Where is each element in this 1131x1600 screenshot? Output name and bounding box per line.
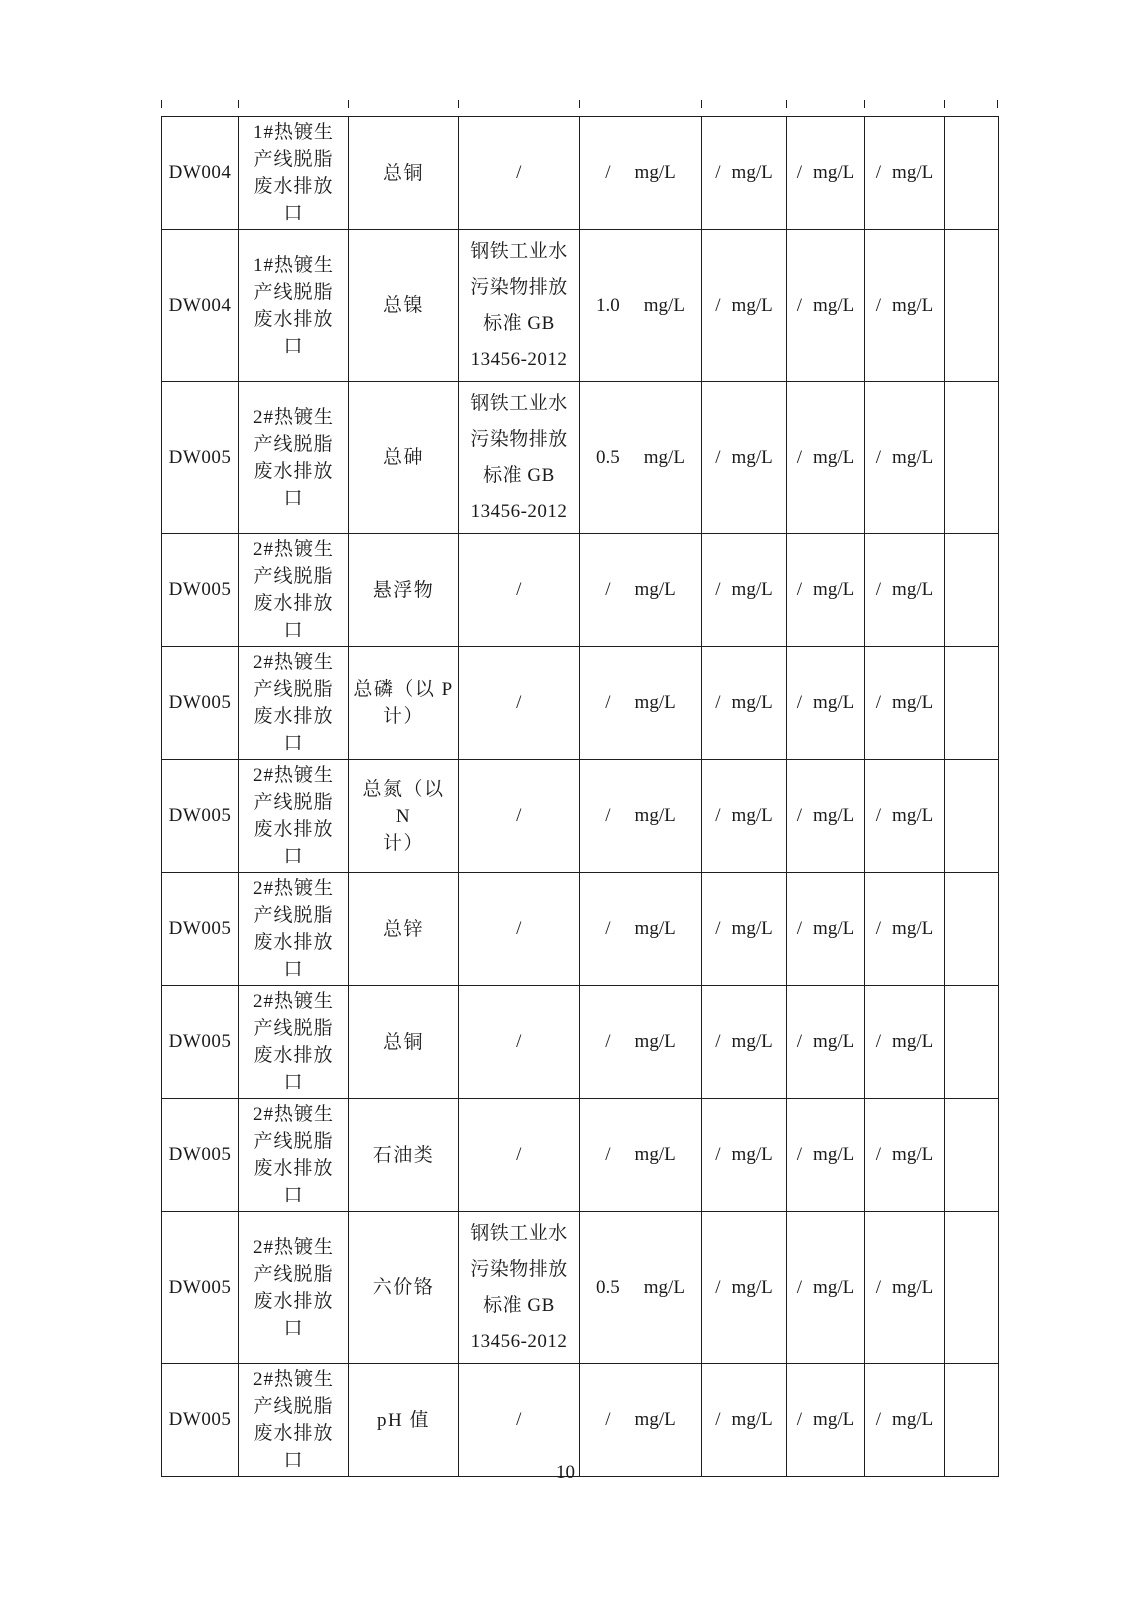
value-unit-pair: / mg/L [706,579,782,601]
cell-monitor-3: / mg/L [865,760,945,873]
cell-monitor-3: / mg/L [865,647,945,760]
cell-monitor-2: / mg/L [787,117,865,230]
monitor-3-value: / [876,579,881,601]
limit-value: 0.5 [596,1277,620,1299]
monitor-3-value: / [876,162,881,184]
monitor-1-unit: mg/L [732,1031,773,1053]
value-unit-pair: / mg/L [869,447,940,469]
cell-outlet-name: 2#热镀生 产线脱脂 废水排放 口 [239,534,349,647]
monitor-1-value: / [715,579,720,601]
value-unit-pair: / mg/L [706,447,782,469]
cell-monitor-3: / mg/L [865,534,945,647]
value-unit-pair: / mg/L [869,1277,940,1299]
tick-cell [161,100,238,108]
cell-standard-basis: / [459,873,580,986]
value-unit-pair: / mg/L [584,692,697,714]
cell-standard-basis: 钢铁工业水 污染物排放 标准 GB 13456-2012 [459,230,580,382]
cell-limit-concentration: / mg/L [580,534,702,647]
cell-outlet-name: 2#热镀生 产线脱脂 废水排放 口 [239,760,349,873]
monitor-2-unit: mg/L [813,1409,854,1431]
document-page: DW004 1#热镀生 产线脱脂 废水排放 口 总铜 / / mg/L / mg… [0,0,1131,1600]
value-unit-pair: / mg/L [706,1409,782,1431]
monitor-1-unit: mg/L [732,692,773,714]
monitor-1-value: / [715,447,720,469]
monitor-1-value: / [715,918,720,940]
value-unit-pair: / mg/L [584,1144,697,1166]
limit-unit: mg/L [635,579,676,601]
limit-value: / [605,918,610,940]
cell-limit-concentration: / mg/L [580,117,702,230]
monitor-3-unit: mg/L [892,447,933,469]
monitor-2-value: / [797,1409,802,1431]
monitor-1-unit: mg/L [732,447,773,469]
monitor-3-unit: mg/L [892,579,933,601]
monitor-1-unit: mg/L [732,1144,773,1166]
monitor-2-unit: mg/L [813,295,854,317]
value-unit-pair: 0.5 mg/L [584,447,697,469]
cell-limit-concentration: 0.5 mg/L [580,1212,702,1364]
limit-unit: mg/L [635,918,676,940]
cell-pollutant: pH 值 [349,1364,459,1477]
monitor-2-value: / [797,918,802,940]
value-unit-pair: / mg/L [869,1409,940,1431]
cell-pollutant: 总磷（以 P 计） [349,647,459,760]
monitor-3-value: / [876,1409,881,1431]
cell-monitor-1: / mg/L [702,382,787,534]
cell-outlet-code: DW005 [162,1212,239,1364]
limit-unit: mg/L [635,692,676,714]
table-row: DW005 2#热镀生 产线脱脂 废水排放 口 石油类 / / mg/L / m… [162,1099,999,1212]
cell-monitor-2: / mg/L [787,534,865,647]
value-unit-pair: / mg/L [706,295,782,317]
limit-unit: mg/L [635,1031,676,1053]
limit-value: 1.0 [596,295,620,317]
cell-outlet-name: 2#热镀生 产线脱脂 废水排放 口 [239,986,349,1099]
cell-pollutant: 悬浮物 [349,534,459,647]
monitor-3-unit: mg/L [892,692,933,714]
cell-note-empty [945,647,999,760]
cell-monitor-2: / mg/L [787,1099,865,1212]
value-unit-pair: / mg/L [706,1031,782,1053]
monitor-3-unit: mg/L [892,1277,933,1299]
cell-outlet-code: DW004 [162,230,239,382]
cell-monitor-3: / mg/L [865,382,945,534]
cell-standard-basis: / [459,1099,580,1212]
monitor-2-unit: mg/L [813,1144,854,1166]
cell-monitor-3: / mg/L [865,117,945,230]
cell-monitor-1: / mg/L [702,1212,787,1364]
monitor-1-unit: mg/L [732,1409,773,1431]
cell-limit-concentration: / mg/L [580,760,702,873]
cell-outlet-name: 2#热镀生 产线脱脂 废水排放 口 [239,647,349,760]
table-row: DW004 1#热镀生 产线脱脂 废水排放 口 总镍 钢铁工业水 污染物排放 标… [162,230,999,382]
table-row: DW005 2#热镀生 产线脱脂 废水排放 口 六价铬 钢铁工业水 污染物排放 … [162,1212,999,1364]
value-unit-pair: / mg/L [584,918,697,940]
tick-cell [579,100,701,108]
limit-value: 0.5 [596,447,620,469]
value-unit-pair: / mg/L [791,1277,860,1299]
tick-cell [786,100,864,108]
limit-value: / [605,1409,610,1431]
cell-monitor-3: / mg/L [865,1212,945,1364]
monitor-3-unit: mg/L [892,918,933,940]
monitor-1-unit: mg/L [732,1277,773,1299]
value-unit-pair: / mg/L [869,918,940,940]
monitor-2-value: / [797,1144,802,1166]
value-unit-pair: / mg/L [706,1144,782,1166]
continuation-tick-strip [161,100,998,108]
value-unit-pair: / mg/L [706,1277,782,1299]
discharge-permit-table: DW004 1#热镀生 产线脱脂 废水排放 口 总铜 / / mg/L / mg… [161,116,999,1477]
value-unit-pair: / mg/L [791,918,860,940]
limit-unit: mg/L [635,1144,676,1166]
monitor-3-value: / [876,1277,881,1299]
value-unit-pair: / mg/L [791,1031,860,1053]
monitor-2-value: / [797,162,802,184]
cell-pollutant: 六价铬 [349,1212,459,1364]
cell-note-empty [945,1364,999,1477]
cell-monitor-3: / mg/L [865,1099,945,1212]
cell-note-empty [945,873,999,986]
value-unit-pair: / mg/L [584,1031,697,1053]
cell-pollutant: 总氮（以 N 计） [349,760,459,873]
monitor-3-value: / [876,1031,881,1053]
monitor-3-unit: mg/L [892,162,933,184]
cell-note-empty [945,230,999,382]
limit-value: / [605,1144,610,1166]
cell-note-empty [945,1099,999,1212]
table-row: DW005 2#热镀生 产线脱脂 废水排放 口 pH 值 / / mg/L / … [162,1364,999,1477]
table-row: DW005 2#热镀生 产线脱脂 废水排放 口 总铜 / / mg/L / mg… [162,986,999,1099]
cell-outlet-code: DW005 [162,873,239,986]
cell-standard-basis: / [459,534,580,647]
cell-monitor-3: / mg/L [865,986,945,1099]
monitor-2-unit: mg/L [813,1277,854,1299]
monitor-3-unit: mg/L [892,1409,933,1431]
value-unit-pair: / mg/L [584,162,697,184]
monitor-3-value: / [876,918,881,940]
cell-outlet-code: DW005 [162,760,239,873]
cell-outlet-name: 2#热镀生 产线脱脂 废水排放 口 [239,1099,349,1212]
cell-monitor-1: / mg/L [702,873,787,986]
monitor-2-value: / [797,1277,802,1299]
cell-pollutant: 总砷 [349,382,459,534]
monitor-1-value: / [715,1277,720,1299]
monitor-1-unit: mg/L [732,579,773,601]
tick-cell [944,100,998,108]
value-unit-pair: / mg/L [869,295,940,317]
monitor-1-value: / [715,295,720,317]
value-unit-pair: / mg/L [869,692,940,714]
cell-monitor-2: / mg/L [787,986,865,1099]
cell-limit-concentration: 1.0 mg/L [580,230,702,382]
monitor-1-value: / [715,805,720,827]
cell-outlet-code: DW005 [162,534,239,647]
monitor-2-unit: mg/L [813,162,854,184]
cell-outlet-name: 2#热镀生 产线脱脂 废水排放 口 [239,382,349,534]
value-unit-pair: / mg/L [791,162,860,184]
monitor-3-value: / [876,1144,881,1166]
limit-unit: mg/L [644,1277,685,1299]
value-unit-pair: / mg/L [791,692,860,714]
cell-pollutant: 总镍 [349,230,459,382]
cell-monitor-3: / mg/L [865,1364,945,1477]
cell-standard-basis: / [459,117,580,230]
monitor-2-unit: mg/L [813,692,854,714]
cell-outlet-name: 2#热镀生 产线脱脂 废水排放 口 [239,1212,349,1364]
monitor-3-unit: mg/L [892,295,933,317]
tick-cell [701,100,786,108]
limit-value: / [605,692,610,714]
cell-pollutant: 石油类 [349,1099,459,1212]
limit-value: / [605,1031,610,1053]
value-unit-pair: / mg/L [584,579,697,601]
cell-outlet-code: DW005 [162,1364,239,1477]
monitor-2-unit: mg/L [813,579,854,601]
monitor-2-value: / [797,447,802,469]
limit-unit: mg/L [644,295,685,317]
monitor-2-unit: mg/L [813,918,854,940]
monitor-1-value: / [715,1409,720,1431]
cell-monitor-2: / mg/L [787,647,865,760]
cell-standard-basis: / [459,647,580,760]
table-row: DW005 2#热镀生 产线脱脂 废水排放 口 总锌 / / mg/L / mg… [162,873,999,986]
cell-monitor-1: / mg/L [702,534,787,647]
monitor-3-unit: mg/L [892,1031,933,1053]
limit-unit: mg/L [635,805,676,827]
value-unit-pair: / mg/L [584,1409,697,1431]
cell-monitor-3: / mg/L [865,873,945,986]
monitor-1-unit: mg/L [732,295,773,317]
value-unit-pair: / mg/L [706,692,782,714]
cell-limit-concentration: 0.5 mg/L [580,382,702,534]
value-unit-pair: / mg/L [791,579,860,601]
cell-standard-basis: 钢铁工业水 污染物排放 标准 GB 13456-2012 [459,382,580,534]
cell-outlet-code: DW005 [162,986,239,1099]
cell-standard-basis: / [459,986,580,1099]
cell-monitor-1: / mg/L [702,1364,787,1477]
table-row: DW004 1#热镀生 产线脱脂 废水排放 口 总铜 / / mg/L / mg… [162,117,999,230]
limit-unit: mg/L [635,1409,676,1431]
cell-monitor-2: / mg/L [787,760,865,873]
table-row: DW005 2#热镀生 产线脱脂 废水排放 口 悬浮物 / / mg/L / m… [162,534,999,647]
cell-note-empty [945,1212,999,1364]
cell-limit-concentration: / mg/L [580,1099,702,1212]
monitor-3-value: / [876,692,881,714]
value-unit-pair: / mg/L [869,579,940,601]
limit-unit: mg/L [635,162,676,184]
value-unit-pair: / mg/L [584,805,697,827]
limit-value: / [605,162,610,184]
cell-pollutant: 总铜 [349,986,459,1099]
cell-outlet-code: DW005 [162,1099,239,1212]
monitor-3-value: / [876,295,881,317]
cell-monitor-1: / mg/L [702,230,787,382]
cell-limit-concentration: / mg/L [580,647,702,760]
cell-monitor-1: / mg/L [702,117,787,230]
cell-limit-concentration: / mg/L [580,1364,702,1477]
monitor-1-unit: mg/L [732,918,773,940]
permit-table-body: DW004 1#热镀生 产线脱脂 废水排放 口 总铜 / / mg/L / mg… [162,117,999,1477]
cell-monitor-1: / mg/L [702,1099,787,1212]
value-unit-pair: / mg/L [869,1031,940,1053]
cell-limit-concentration: / mg/L [580,873,702,986]
tick-cell [348,100,458,108]
monitor-2-value: / [797,1031,802,1053]
cell-note-empty [945,760,999,873]
value-unit-pair: / mg/L [706,918,782,940]
cell-monitor-2: / mg/L [787,382,865,534]
cell-outlet-name: 2#热镀生 产线脱脂 废水排放 口 [239,1364,349,1477]
cell-limit-concentration: / mg/L [580,986,702,1099]
value-unit-pair: / mg/L [791,1144,860,1166]
monitor-1-unit: mg/L [732,805,773,827]
cell-note-empty [945,986,999,1099]
cell-outlet-code: DW005 [162,382,239,534]
cell-outlet-name: 1#热镀生 产线脱脂 废水排放 口 [239,117,349,230]
cell-monitor-2: / mg/L [787,1364,865,1477]
cell-monitor-3: / mg/L [865,230,945,382]
monitor-2-unit: mg/L [813,447,854,469]
cell-outlet-code: DW005 [162,647,239,760]
monitor-3-unit: mg/L [892,805,933,827]
limit-value: / [605,805,610,827]
monitor-2-value: / [797,692,802,714]
cell-monitor-2: / mg/L [787,230,865,382]
limit-value: / [605,579,610,601]
cell-pollutant: 总铜 [349,117,459,230]
cell-monitor-1: / mg/L [702,760,787,873]
cell-note-empty [945,382,999,534]
value-unit-pair: / mg/L [791,447,860,469]
tick-cell [864,100,944,108]
monitor-2-value: / [797,805,802,827]
cell-monitor-1: / mg/L [702,647,787,760]
monitor-1-value: / [715,692,720,714]
value-unit-pair: / mg/L [791,805,860,827]
value-unit-pair: / mg/L [869,1144,940,1166]
cell-monitor-1: / mg/L [702,986,787,1099]
value-unit-pair: / mg/L [706,805,782,827]
monitor-3-value: / [876,805,881,827]
cell-monitor-2: / mg/L [787,873,865,986]
value-unit-pair: / mg/L [869,162,940,184]
tick-cell [458,100,579,108]
monitor-2-unit: mg/L [813,1031,854,1053]
monitor-2-unit: mg/L [813,805,854,827]
cell-standard-basis: / [459,760,580,873]
monitor-1-value: / [715,1144,720,1166]
cell-outlet-code: DW004 [162,117,239,230]
monitor-2-value: / [797,579,802,601]
cell-standard-basis: 钢铁工业水 污染物排放 标准 GB 13456-2012 [459,1212,580,1364]
cell-pollutant: 总锌 [349,873,459,986]
value-unit-pair: / mg/L [791,1409,860,1431]
cell-note-empty [945,534,999,647]
limit-unit: mg/L [644,447,685,469]
monitor-3-value: / [876,447,881,469]
table-row: DW005 2#热镀生 产线脱脂 废水排放 口 总氮（以 N 计） / / mg… [162,760,999,873]
page-number: 10 [0,1462,1131,1484]
cell-monitor-2: / mg/L [787,1212,865,1364]
table-row: DW005 2#热镀生 产线脱脂 废水排放 口 总磷（以 P 计） / / mg… [162,647,999,760]
monitor-3-unit: mg/L [892,1144,933,1166]
cell-outlet-name: 1#热镀生 产线脱脂 废水排放 口 [239,230,349,382]
monitor-1-value: / [715,162,720,184]
value-unit-pair: 0.5 mg/L [584,1277,697,1299]
monitor-1-value: / [715,1031,720,1053]
value-unit-pair: / mg/L [869,805,940,827]
table-row: DW005 2#热镀生 产线脱脂 废水排放 口 总砷 钢铁工业水 污染物排放 标… [162,382,999,534]
monitor-2-value: / [797,295,802,317]
cell-standard-basis: / [459,1364,580,1477]
monitor-1-unit: mg/L [732,162,773,184]
value-unit-pair: / mg/L [706,162,782,184]
cell-note-empty [945,117,999,230]
tick-cell [238,100,348,108]
cell-outlet-name: 2#热镀生 产线脱脂 废水排放 口 [239,873,349,986]
value-unit-pair: 1.0 mg/L [584,295,697,317]
value-unit-pair: / mg/L [791,295,860,317]
